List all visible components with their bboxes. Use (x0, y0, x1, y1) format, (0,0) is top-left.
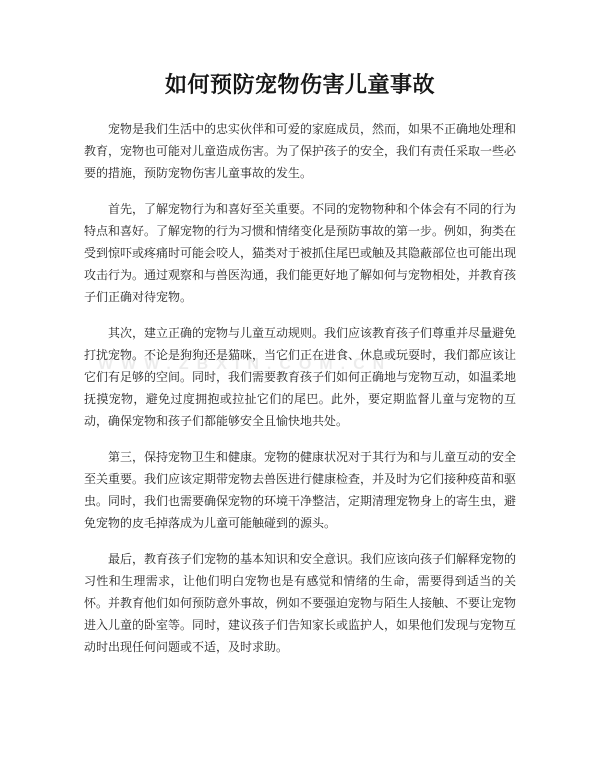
document-body: 宠物是我们生活中的忠实伙伴和可爱的家庭成员，然而，如果不正确地处理和教育，宠物也… (84, 118, 516, 658)
paragraph-third-point: 第三，保持宠物卫生和健康。宠物的健康状况对于其行为和与儿童互动的安全至关重要。我… (84, 446, 516, 534)
paragraph-second-point: 其次，建立正确的宠物与儿童互动规则。我们应该教育孩子们尊重并尽量避免打扰宠物。不… (84, 322, 516, 432)
document-page: 如何预防宠物伤害儿童事故 宠物是我们生活中的忠实伙伴和可爱的家庭成员，然而，如果… (0, 0, 600, 776)
paragraph-intro: 宠物是我们生活中的忠实伙伴和可爱的家庭成员，然而，如果不正确地处理和教育，宠物也… (84, 118, 516, 184)
paragraph-final-point: 最后，教育孩子们宠物的基本知识和安全意识。我们应该向孩子们解释宠物的习性和生理需… (84, 548, 516, 658)
paragraph-first-point: 首先，了解宠物行为和喜好至关重要。不同的宠物物种和个体会有不同的行为特点和喜好。… (84, 198, 516, 308)
document-title: 如何预防宠物伤害儿童事故 (0, 0, 600, 100)
